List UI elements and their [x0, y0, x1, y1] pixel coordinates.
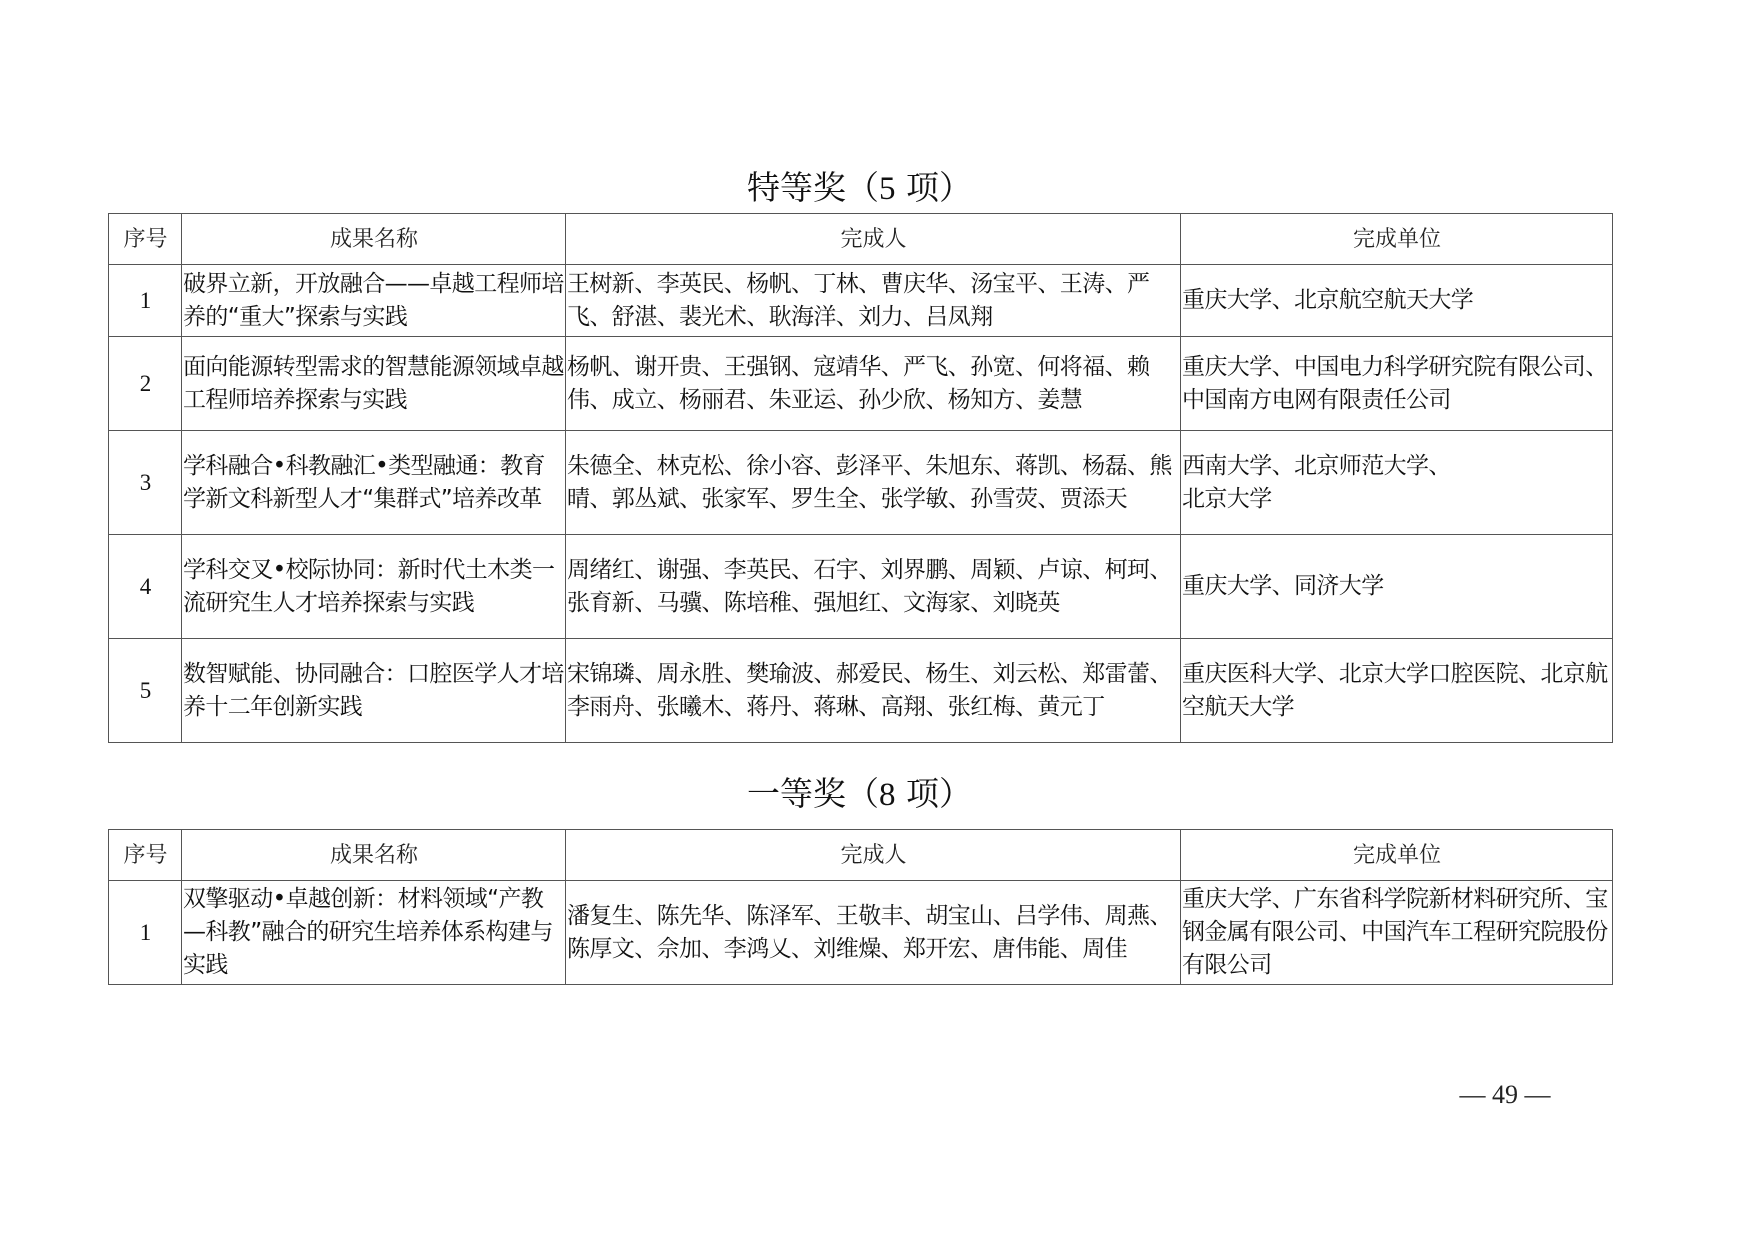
people: 周绪红、谢强、李英民、石宇、刘界鹏、周颖、卢谅、柯珂、张育新、马骥、陈培稚、强旭…: [566, 535, 1181, 639]
achievement-name: 学科交叉•校际协同：新时代土木类一流研究生人才培养探索与实践: [182, 535, 566, 639]
section-title-suffix: 项）: [896, 168, 973, 207]
row-index: 1: [109, 881, 182, 985]
achievement-name: 双擎驱动•卓越创新：材料领域“产教—科教”融合的研究生培养体系构建与实践: [182, 881, 566, 985]
achievement-name: 数智赋能、协同融合：口腔医学人才培养十二年创新实践: [182, 639, 566, 743]
header-units: 完成单位: [1181, 214, 1613, 265]
page-number: — 49 —: [1430, 1080, 1580, 1110]
people: 潘复生、陈先华、陈泽军、王敬丰、胡宝山、吕学伟、周燕、陈厚文、佘加、李鸿乂、刘维…: [566, 881, 1181, 985]
table-row: 2 面向能源转型需求的智慧能源领域卓越工程师培养探索与实践 杨帆、谢开贵、王强钢…: [109, 337, 1613, 431]
row-index: 1: [109, 265, 182, 337]
table-header-row: 序号 成果名称 完成人 完成单位: [109, 214, 1613, 265]
row-index: 5: [109, 639, 182, 743]
units: 重庆大学、同济大学: [1181, 535, 1613, 639]
table-row: 1 双擎驱动•卓越创新：材料领域“产教—科教”融合的研究生培养体系构建与实践 潘…: [109, 881, 1613, 985]
achievement-name: 面向能源转型需求的智慧能源领域卓越工程师培养探索与实践: [182, 337, 566, 431]
units: 重庆大学、中国电力科学研究院有限公司、中国南方电网有限责任公司: [1181, 337, 1613, 431]
header-people: 完成人: [566, 830, 1181, 881]
section-count: 5: [879, 171, 896, 207]
first-prize-table: 序号 成果名称 完成人 完成单位 1 双擎驱动•卓越创新：材料领域“产教—科教”…: [108, 829, 1613, 985]
section-title-text: 一等奖（: [747, 774, 879, 813]
achievement-name: 学科融合•科教融汇•类型融通：教育学新文科新型人才“集群式”培养改革: [182, 431, 566, 535]
people: 王树新、李英民、杨帆、丁林、曹庆华、汤宝平、王涛、严飞、舒湛、裴光术、耿海洋、刘…: [566, 265, 1181, 337]
table-row: 4 学科交叉•校际协同：新时代土木类一流研究生人才培养探索与实践 周绪红、谢强、…: [109, 535, 1613, 639]
row-index: 3: [109, 431, 182, 535]
units: 重庆大学、广东省科学院新材料研究所、宝钢金属有限公司、中国汽车工程研究院股份有限…: [1181, 881, 1613, 985]
units: 西南大学、北京师范大学、北京大学: [1181, 431, 1613, 535]
section-title-text: 特等奖（: [747, 168, 879, 207]
people: 朱德全、林克松、徐小容、彭泽平、朱旭东、蒋凯、杨磊、熊晴、郭丛斌、张家军、罗生全…: [566, 431, 1181, 535]
section-title-special-prize: 特等奖（5 项）: [108, 168, 1611, 209]
header-units: 完成单位: [1181, 830, 1613, 881]
header-index: 序号: [109, 830, 182, 881]
special-prize-table: 序号 成果名称 完成人 完成单位 1 破界立新，开放融合——卓越工程师培养的“重…: [108, 213, 1613, 743]
table-row: 1 破界立新，开放融合——卓越工程师培养的“重大”探索与实践 王树新、李英民、杨…: [109, 265, 1613, 337]
units: 重庆医科大学、北京大学口腔医院、北京航空航天大学: [1181, 639, 1613, 743]
header-index: 序号: [109, 214, 182, 265]
table-header-row: 序号 成果名称 完成人 完成单位: [109, 830, 1613, 881]
section-title-suffix: 项）: [896, 774, 973, 813]
header-achievement-name: 成果名称: [182, 830, 566, 881]
people: 宋锦璘、周永胜、樊瑜波、郝爱民、杨生、刘云松、郑雷蕾、李雨舟、张曦木、蒋丹、蒋琳…: [566, 639, 1181, 743]
achievement-name: 破界立新，开放融合——卓越工程师培养的“重大”探索与实践: [182, 265, 566, 337]
section-title-first-prize: 一等奖（8 项）: [108, 774, 1611, 815]
header-achievement-name: 成果名称: [182, 214, 566, 265]
row-index: 2: [109, 337, 182, 431]
table-row: 3 学科融合•科教融汇•类型融通：教育学新文科新型人才“集群式”培养改革 朱德全…: [109, 431, 1613, 535]
table-row: 5 数智赋能、协同融合：口腔医学人才培养十二年创新实践 宋锦璘、周永胜、樊瑜波、…: [109, 639, 1613, 743]
header-people: 完成人: [566, 214, 1181, 265]
section-count: 8: [879, 777, 896, 813]
row-index: 4: [109, 535, 182, 639]
people: 杨帆、谢开贵、王强钢、寇靖华、严飞、孙宽、何将福、赖伟、成立、杨丽君、朱亚运、孙…: [566, 337, 1181, 431]
units: 重庆大学、北京航空航天大学: [1181, 265, 1613, 337]
